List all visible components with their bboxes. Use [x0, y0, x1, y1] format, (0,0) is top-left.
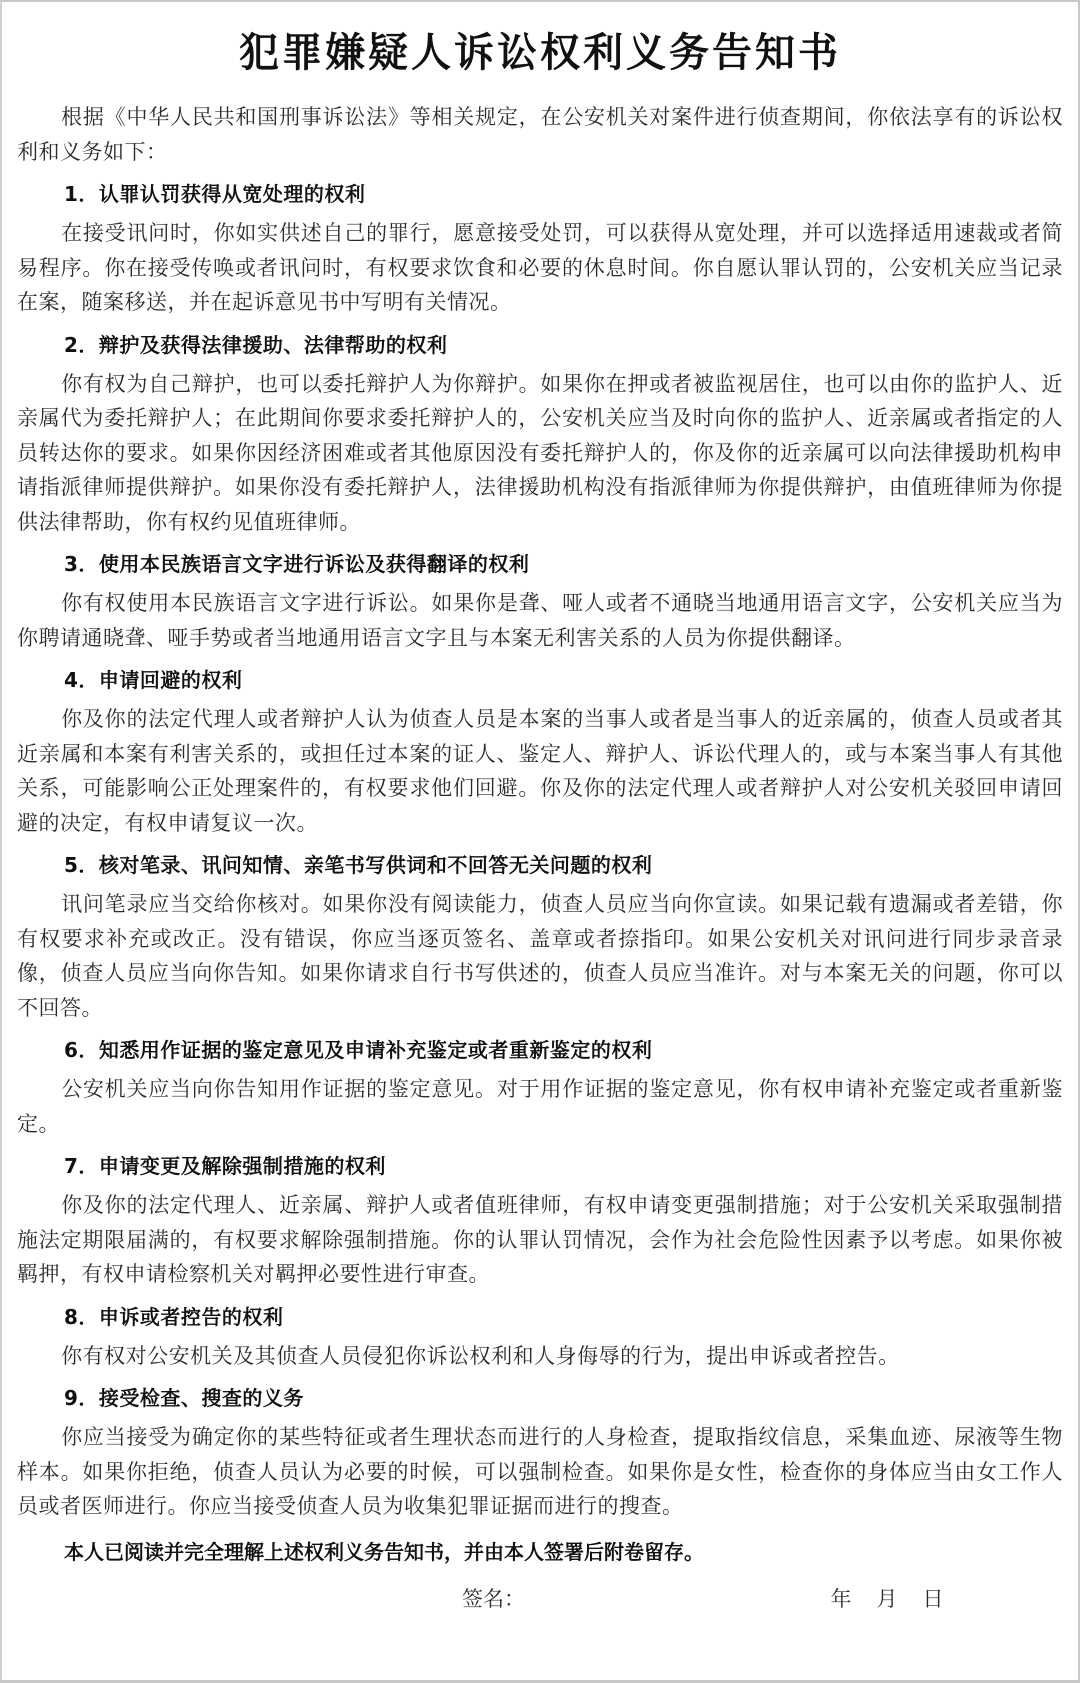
date-month-label: 月	[876, 1583, 898, 1613]
section-7: 7．申请变更及解除强制措施的权利 你及你的法定代理人、近亲属、辩护人或者值班律师…	[17, 1149, 1063, 1292]
section-4: 4．申请回避的权利 你及你的法定代理人或者辩护人认为侦查人员是本案的当事人或者是…	[17, 663, 1063, 840]
section-body: 你有权对公安机关及其侦查人员侵犯你诉讼权利和人身侮辱的行为，提出申诉或者控告。	[17, 1339, 1063, 1374]
date-year-label: 年	[830, 1583, 852, 1613]
signature-row: 签名： 年 月 日	[17, 1583, 1063, 1623]
section-body: 你及你的法定代理人或者辩护人认为侦查人员是本案的当事人或者是当事人的近亲属的，侦…	[17, 702, 1063, 840]
section-body: 你有权为自己辩护，也可以委托辩护人为你辩护。如果你在押或者被监视居住，也可以由你…	[17, 367, 1063, 540]
section-heading: 6．知悉用作证据的鉴定意见及申请补充鉴定或者重新鉴定的权利	[17, 1033, 1063, 1067]
section-body: 在接受讯问时，你如实供述自己的罪行，愿意接受处罚，可以获得从宽处理，并可以选择适…	[17, 216, 1063, 320]
acknowledgement-statement: 本人已阅读并完全理解上述权利义务告知书，并由本人签署后附卷留存。	[17, 1535, 1063, 1569]
document-title: 犯罪嫌疑人诉讼权利义务告知书	[17, 2, 1063, 86]
section-heading: 8．申诉或者控告的权利	[17, 1300, 1063, 1334]
section-2: 2．辩护及获得法律援助、法律帮助的权利 你有权为自己辩护，也可以委托辩护人为你辩…	[17, 328, 1063, 540]
section-1: 1．认罪认罚获得从宽处理的权利 在接受讯问时，你如实供述自己的罪行，愿意接受处罚…	[17, 177, 1063, 320]
section-heading: 4．申请回避的权利	[17, 663, 1063, 697]
section-6: 6．知悉用作证据的鉴定意见及申请补充鉴定或者重新鉴定的权利 公安机关应当向你告知…	[17, 1033, 1063, 1141]
section-3: 3．使用本民族语言文字进行诉讼及获得翻译的权利 你有权使用本民族语言文字进行诉讼…	[17, 547, 1063, 655]
section-5: 5．核对笔录、讯问知情、亲笔书写供词和不回答无关问题的权利 讯问笔录应当交给你核…	[17, 848, 1063, 1025]
section-body: 你及你的法定代理人、近亲属、辩护人或者值班律师，有权申请变更强制措施；对于公安机…	[17, 1188, 1063, 1292]
section-heading: 1．认罪认罚获得从宽处理的权利	[17, 177, 1063, 211]
section-body: 你有权使用本民族语言文字进行诉讼。如果你是聋、哑人或者不通晓当地通用语言文字，公…	[17, 586, 1063, 655]
section-body: 公安机关应当向你告知用作证据的鉴定意见。对于用作证据的鉴定意见，你有权申请补充鉴…	[17, 1072, 1063, 1141]
signature-label: 签名：	[462, 1583, 525, 1613]
document-page: 犯罪嫌疑人诉讼权利义务告知书 根据《中华人民共和国刑事诉讼法》等相关规定，在公安…	[0, 0, 1080, 1683]
section-heading: 2．辩护及获得法律援助、法律帮助的权利	[17, 328, 1063, 362]
section-9: 9．接受检查、搜查的义务 你应当接受为确定你的某些特征或者生理状态而进行的人身检…	[17, 1381, 1063, 1524]
date-day-label: 日	[922, 1583, 944, 1613]
intro-paragraph: 根据《中华人民共和国刑事诉讼法》等相关规定，在公安机关对案件进行侦查期间，你依法…	[17, 100, 1063, 169]
section-heading: 9．接受检查、搜查的义务	[17, 1381, 1063, 1415]
date-group: 年 月 日	[830, 1583, 944, 1613]
date-month-field[interactable]	[852, 1583, 876, 1613]
section-body: 你应当接受为确定你的某些特征或者生理状态而进行的人身检查，提取指纹信息，采集血迹…	[17, 1420, 1063, 1524]
section-heading: 3．使用本民族语言文字进行诉讼及获得翻译的权利	[17, 547, 1063, 581]
section-body: 讯问笔录应当交给你核对。如果你没有阅读能力，侦查人员应当向你宣读。如果记载有遗漏…	[17, 887, 1063, 1025]
section-heading: 5．核对笔录、讯问知情、亲笔书写供词和不回答无关问题的权利	[17, 848, 1063, 882]
section-heading: 7．申请变更及解除强制措施的权利	[17, 1149, 1063, 1183]
signature-field[interactable]	[537, 1583, 817, 1613]
section-8: 8．申诉或者控告的权利 你有权对公安机关及其侦查人员侵犯你诉讼权利和人身侮辱的行…	[17, 1300, 1063, 1374]
date-day-field[interactable]	[898, 1583, 922, 1613]
